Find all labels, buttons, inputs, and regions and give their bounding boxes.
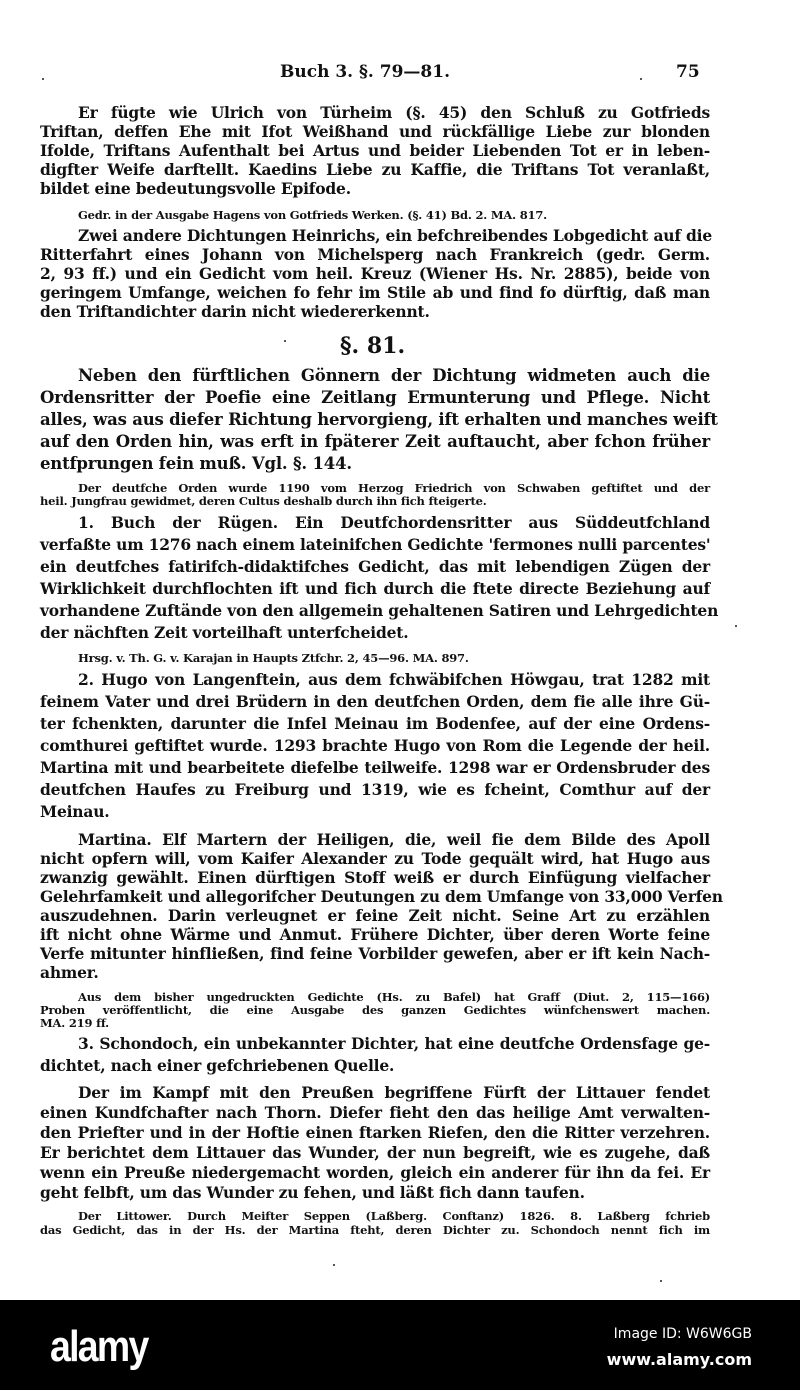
text-line: Ritterfahrt eines Johann von Michelsperg… [40, 245, 710, 265]
text-line: dichtet, nach einer gefchriebenen Quelle… [40, 1056, 710, 1076]
text-line: Triftan, deffen Ehe mit Ifot Weißhand un… [40, 122, 710, 142]
text-line: Martina mit und bearbeitete diefelbe tei… [40, 758, 710, 778]
text-line: MA. 219 ff. [40, 1017, 710, 1030]
text-line: deutfchen Haufes zu Freiburg und 1319, w… [40, 780, 710, 800]
scan-speck [42, 78, 44, 80]
scan-speck [284, 340, 286, 342]
running-header: Buch 3. §. 79—81. [280, 62, 450, 82]
text-line: ter fchenkten, darunter die Infel Meinau… [40, 714, 710, 734]
text-line: alles, was aus diefer Richtung hervorgie… [40, 410, 710, 430]
footnote-gedr: Gedr. in der Ausgabe Hagens von Gotfried… [40, 209, 710, 222]
text-line: nicht opfern will, vom Kaifer Alexander … [40, 849, 710, 869]
text-line: verfaßte um 1276 nach einem lateinifchen… [40, 535, 710, 555]
text-line: auszudehnen. Darin verleugnet er feine Z… [40, 906, 710, 926]
text-line: Der Littower. Durch Meifter Seppen (Laßb… [40, 1210, 710, 1223]
text-line: Martina. Elf Martern der Heiligen, die, … [40, 830, 710, 850]
text-line: den Priefter und in der Hoftie einen fta… [40, 1123, 710, 1143]
text-line: zwanzig gewählt. Einen dürftigen Stoff w… [40, 868, 710, 888]
text-line: 2, 93 ff.) und ein Gedicht vom heil. Kre… [40, 264, 710, 284]
text-line: Meinau. [40, 802, 710, 822]
text-line: Ordensritter der Poefie eine Zeitlang Er… [40, 388, 710, 408]
text-line: bildet eine bedeutungsvolle Epifode. [40, 179, 710, 199]
text-line: heil. Jungfrau gewidmet, deren Cultus de… [40, 495, 710, 508]
text-line: Wirklichkeit durchflochten ift und fich … [40, 579, 710, 599]
watermark-banner: alamy Image ID: W6W6GB www.alamy.com [0, 1300, 800, 1390]
text-line: Neben den fürftlichen Gönnern der Dichtu… [40, 366, 710, 386]
text-line: geht felbft, um das Wunder zu fehen, und… [40, 1183, 710, 1203]
text-line: vorhandene Zuftände von den allgemein ge… [40, 601, 710, 621]
text-line: entfprungen fein muß. Vgl. §. 144. [40, 454, 710, 474]
text-line: wenn ein Preuße niedergemacht worden, gl… [40, 1163, 710, 1183]
site-url: www.alamy.com [607, 1350, 752, 1369]
text-line: Er fügte wie Ulrich von Türheim (§. 45) … [40, 103, 710, 123]
text-line: ift nicht ohne Wärme und Anmut. Frühere … [40, 925, 710, 945]
text-line: ein deutfches fatirifch-didaktifches Ged… [40, 557, 710, 577]
text-line: Ifolde, Triftans Aufenthalt bei Artus un… [40, 141, 710, 161]
text-line: Verfe mitunter hinfließen, find feine Vo… [40, 944, 710, 964]
alamy-logo: alamy [50, 1322, 148, 1372]
text-line: comthurei geftiftet wurde. 1293 brachte … [40, 736, 710, 756]
text-line: 3. Schondoch, ein unbekannter Dichter, h… [40, 1034, 710, 1054]
text-line: Gelehrfamkeit und allegorifcher Deutunge… [40, 887, 710, 907]
text-line: das Gedicht, das in der Hs. der Martina … [40, 1224, 710, 1237]
text-line: Proben veröffentlicht, die eine Ausgabe … [40, 1004, 710, 1017]
text-line: einen Kundfchafter nach Thorn. Diefer fi… [40, 1103, 710, 1123]
scan-speck [735, 625, 737, 627]
text-line: 1. Buch der Rügen. Ein Deutfchordensritt… [40, 513, 710, 533]
text-line: der nächften Zeit vorteilhaft unterfchei… [40, 623, 710, 643]
text-line: 2. Hugo von Langenftein, aus dem fchwäbi… [40, 670, 710, 690]
image-id-label: Image ID: W6W6GB [614, 1326, 752, 1342]
scanned-book-page: Buch 3. §. 79—81. 75 Er fügte wie Ulrich… [0, 0, 800, 1300]
scan-speck [660, 1280, 662, 1282]
footnote-karajan: Hrsg. v. Th. G. v. Karajan in Haupts Ztf… [40, 652, 710, 665]
text-line: Zwei andere Dichtungen Heinrichs, ein be… [40, 226, 710, 246]
text-line: den Triftandichter darin nicht wiedererk… [40, 302, 710, 322]
text-line: ahmer. [40, 963, 710, 983]
page-number: 75 [676, 62, 700, 82]
text-line: feinem Vater und drei Brüdern in den deu… [40, 692, 710, 712]
scan-speck [333, 1264, 335, 1266]
text-line: Er berichtet dem Littauer das Wunder, de… [40, 1143, 710, 1163]
text-line: geringem Umfange, weichen fo fehr im Sti… [40, 283, 710, 303]
section-heading: §. 81. [340, 333, 405, 359]
text-line: auf den Orden hin, was erft in fpäterer … [40, 432, 710, 452]
text-line: digfter Weife darftellt. Kaedins Liebe z… [40, 160, 710, 180]
text-line: Der im Kampf mit den Preußen begriffene … [40, 1083, 710, 1103]
scan-speck [640, 78, 642, 80]
